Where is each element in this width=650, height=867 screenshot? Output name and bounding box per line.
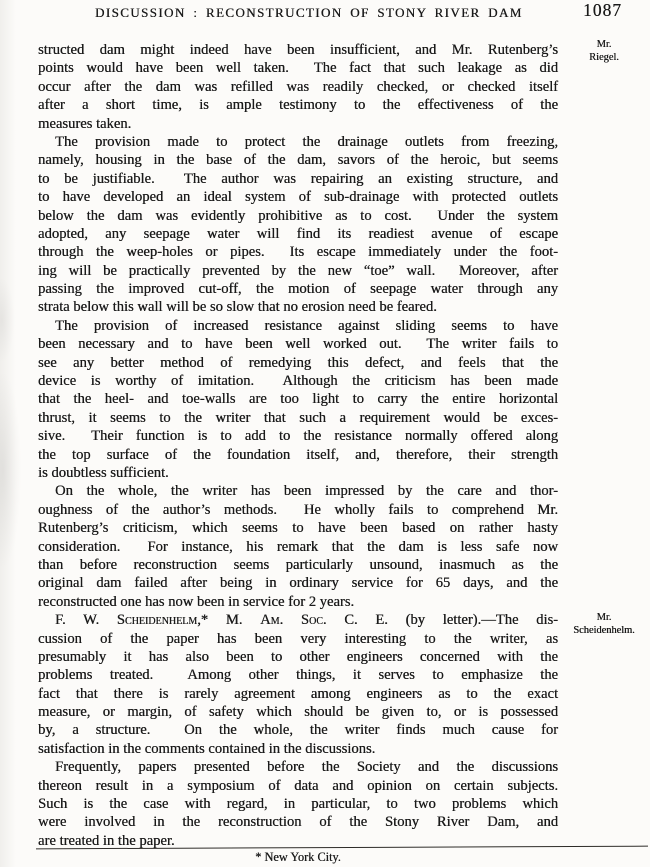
margin-note-line: Scheidenhelm. xyxy=(559,624,649,637)
paragraph: The provision made to protect the draina… xyxy=(38,133,558,317)
text-line: through the weep-holes or pipes. Its esc… xyxy=(38,243,558,261)
text-line: been necessary and to have been well wor… xyxy=(38,335,558,353)
text-line: namely, housing in the base of the dam, … xyxy=(38,151,558,169)
text-line: than before reconstruction seems particu… xyxy=(38,556,558,574)
text-line: F. W. Scheidenhelm,* M. Am. Soc. C. E. (… xyxy=(38,611,558,629)
text-line: Rutenberg’s criticism, which seems to ha… xyxy=(38,519,558,537)
running-header-title: DISCUSSION : RECONSTRUCTION OF STONY RIV… xyxy=(95,5,523,21)
paragraph: Frequently, papers presented before the … xyxy=(38,758,558,850)
text-line: ing will be practically prevented by the… xyxy=(38,262,558,280)
paragraph: The provision of increased resistance ag… xyxy=(38,317,558,483)
text-line: occur after the dam was refilled was rea… xyxy=(38,78,558,96)
footnote: * New York City. xyxy=(38,850,558,865)
text-line: adopted, any seepage water will find its… xyxy=(38,225,558,243)
text-line: see any better method of remedying this … xyxy=(38,354,558,372)
margin-note-line: Mr. xyxy=(559,38,649,51)
text-line: satisfaction in the comments contained i… xyxy=(38,740,558,758)
text-line: The provision made to protect the draina… xyxy=(38,133,558,151)
text-line: fact that there is rarely agreement amon… xyxy=(38,685,558,703)
text-line: The provision of increased resistance ag… xyxy=(38,317,558,335)
margin-note-line: Riegel. xyxy=(559,51,649,64)
text-line: below the dam was evidently prohibitive … xyxy=(38,207,558,225)
text-line: the top surface of the foundation itself… xyxy=(38,446,558,464)
margin-note-scheidenhelm: Mr. Scheidenhelm. xyxy=(559,611,649,637)
text-line: that the heel- and toe-walls are too lig… xyxy=(38,390,558,408)
text-line: were involved in the reconstruction of t… xyxy=(38,813,558,831)
text-line: presumably it has also been to other eng… xyxy=(38,648,558,666)
text-line: strata below this wall will be so slow t… xyxy=(38,298,558,316)
text-run: F. W. xyxy=(55,612,117,628)
text-line: cussion of the paper has been very inter… xyxy=(38,630,558,648)
body-text: structed dam might indeed have been insu… xyxy=(38,41,558,850)
text-line: after a short time, is ample testimony t… xyxy=(38,96,558,114)
text-line: Frequently, papers presented before the … xyxy=(38,758,558,776)
text-line: consideration. For instance, his remark … xyxy=(38,538,558,556)
text-line: thereon result in a symposium of data an… xyxy=(38,777,558,795)
text-line: measure, or margin, of safety which shou… xyxy=(38,703,558,721)
text-line: On the whole, the writer has been impres… xyxy=(38,482,558,500)
text-line: Such is the case with regard, in particu… xyxy=(38,795,558,813)
text-run: C. E. (by letter).—The dis- xyxy=(327,612,558,628)
text-line: original dam failed after being in ordin… xyxy=(38,574,558,592)
text-line: problems treated. Among other things, it… xyxy=(38,666,558,684)
text-line: by, a structure. On the whole, the write… xyxy=(38,721,558,739)
text-line: thrust, it seems to the writer that such… xyxy=(38,409,558,427)
margin-note-riegel: Mr. Riegel. xyxy=(559,38,649,64)
text-line: is doubtless sufficient. xyxy=(38,464,558,482)
small-caps-name: Am. Soc. xyxy=(260,612,326,628)
scanned-page: DISCUSSION : RECONSTRUCTION OF STONY RIV… xyxy=(0,0,650,867)
paragraph: structed dam might indeed have been insu… xyxy=(38,41,558,133)
paragraph: On the whole, the writer has been impres… xyxy=(38,482,558,611)
paragraph: F. W. Scheidenhelm,* M. Am. Soc. C. E. (… xyxy=(38,611,558,758)
margin-note-line: Mr. xyxy=(559,611,649,624)
text-line: reconstructed one has now been in servic… xyxy=(38,593,558,611)
text-line: to have developed an ideal system of sub… xyxy=(38,188,558,206)
text-line: oughness of the author’s methods. He who… xyxy=(38,501,558,519)
text-line: measures taken. xyxy=(38,115,558,133)
text-line: structed dam might indeed have been insu… xyxy=(38,41,558,59)
text-line: points would have been well taken. The f… xyxy=(38,59,558,77)
text-run: ,* M. xyxy=(197,612,260,628)
page-number: 1087 xyxy=(583,0,622,21)
small-caps-name: Scheidenhelm xyxy=(117,612,197,628)
text-line: to be justifiable. The author was repair… xyxy=(38,170,558,188)
text-line: sive. Their function is to add to the re… xyxy=(38,427,558,445)
text-line: passing the improved cut-off, the motion… xyxy=(38,280,558,298)
text-line: device is worthy of imitation. Although … xyxy=(38,372,558,390)
